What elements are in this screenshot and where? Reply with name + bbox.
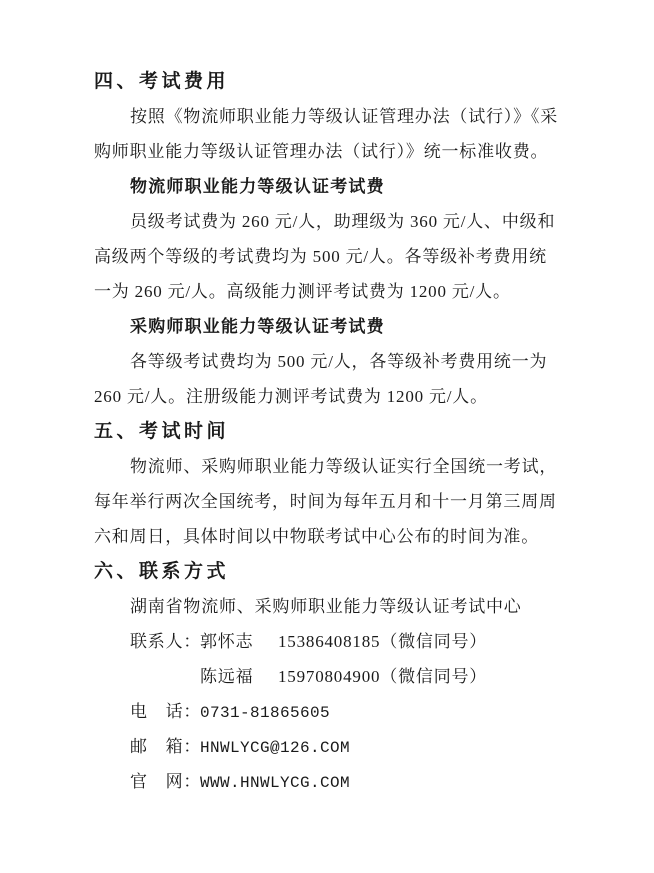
- paragraph-line: 高级两个等级的考试费均为 500 元/人。各等级补考费用统: [94, 239, 570, 274]
- section-6-title: 六、联系方式: [94, 554, 570, 589]
- section-5-title: 五、考试时间: [94, 414, 570, 449]
- contact-note: （微信同号）: [380, 632, 487, 651]
- paragraph-line: 员级考试费为 260 元/人，助理级为 360 元/人、中级和: [94, 204, 570, 239]
- section-4-title: 四、考试费用: [94, 64, 570, 99]
- website-label: 官 网：: [130, 764, 200, 799]
- contact-phone: 15386408185: [278, 632, 380, 651]
- phone-value: 0731-81865605: [200, 704, 330, 722]
- document-body: 四、考试费用 按照《物流师职业能力等级认证管理办法（试行）》《采 购师职业能力等…: [94, 64, 570, 799]
- org-name: 湖南省物流师、采购师职业能力等级认证考试中心: [94, 589, 570, 624]
- contact-person-row: 联系人：郭怀志15386408185（微信同号）: [94, 624, 570, 659]
- contact-phone: 15970804900: [278, 667, 380, 686]
- subsection-procurement-fee-title: 采购师职业能力等级认证考试费: [94, 309, 570, 344]
- contact-person-row: 陈远福15970804900（微信同号）: [94, 659, 570, 694]
- contact-name: 陈远福: [200, 659, 278, 694]
- paragraph-line: 260 元/人。注册级能力测评考试费为 1200 元/人。: [94, 379, 570, 414]
- contact-note: （微信同号）: [380, 667, 487, 686]
- phone-label: 电 话：: [130, 694, 200, 729]
- website-value: WWW.HNWLYCG.COM: [200, 774, 350, 792]
- paragraph-line: 每年举行两次全国统考，时间为每年五月和十一月第三周周: [94, 484, 570, 519]
- paragraph-line: 六和周日，具体时间以中物联考试中心公布的时间为准。: [94, 519, 570, 554]
- paragraph-line: 各等级考试费均为 500 元/人，各等级补考费用统一为: [94, 344, 570, 379]
- email-label: 邮 箱：: [130, 729, 200, 764]
- paragraph-line: 按照《物流师职业能力等级认证管理办法（试行）》《采: [94, 99, 570, 134]
- website-row: 官 网：WWW.HNWLYCG.COM: [94, 764, 570, 799]
- paragraph-line: 购师职业能力等级认证管理办法（试行）》统一标准收费。: [94, 134, 570, 169]
- document-page: 四、考试费用 按照《物流师职业能力等级认证管理办法（试行）》《采 购师职业能力等…: [0, 0, 654, 873]
- email-value: HNWLYCG@126.COM: [200, 739, 350, 757]
- phone-row: 电 话：0731-81865605: [94, 694, 570, 729]
- subsection-logistics-fee-title: 物流师职业能力等级认证考试费: [94, 169, 570, 204]
- paragraph-line: 一为 260 元/人。高级能力测评考试费为 1200 元/人。: [94, 274, 570, 309]
- contact-label: 联系人：: [130, 624, 200, 659]
- paragraph-line: 物流师、采购师职业能力等级认证实行全国统一考试，: [94, 449, 570, 484]
- email-row: 邮 箱：HNWLYCG@126.COM: [94, 729, 570, 764]
- contact-name: 郭怀志: [200, 624, 278, 659]
